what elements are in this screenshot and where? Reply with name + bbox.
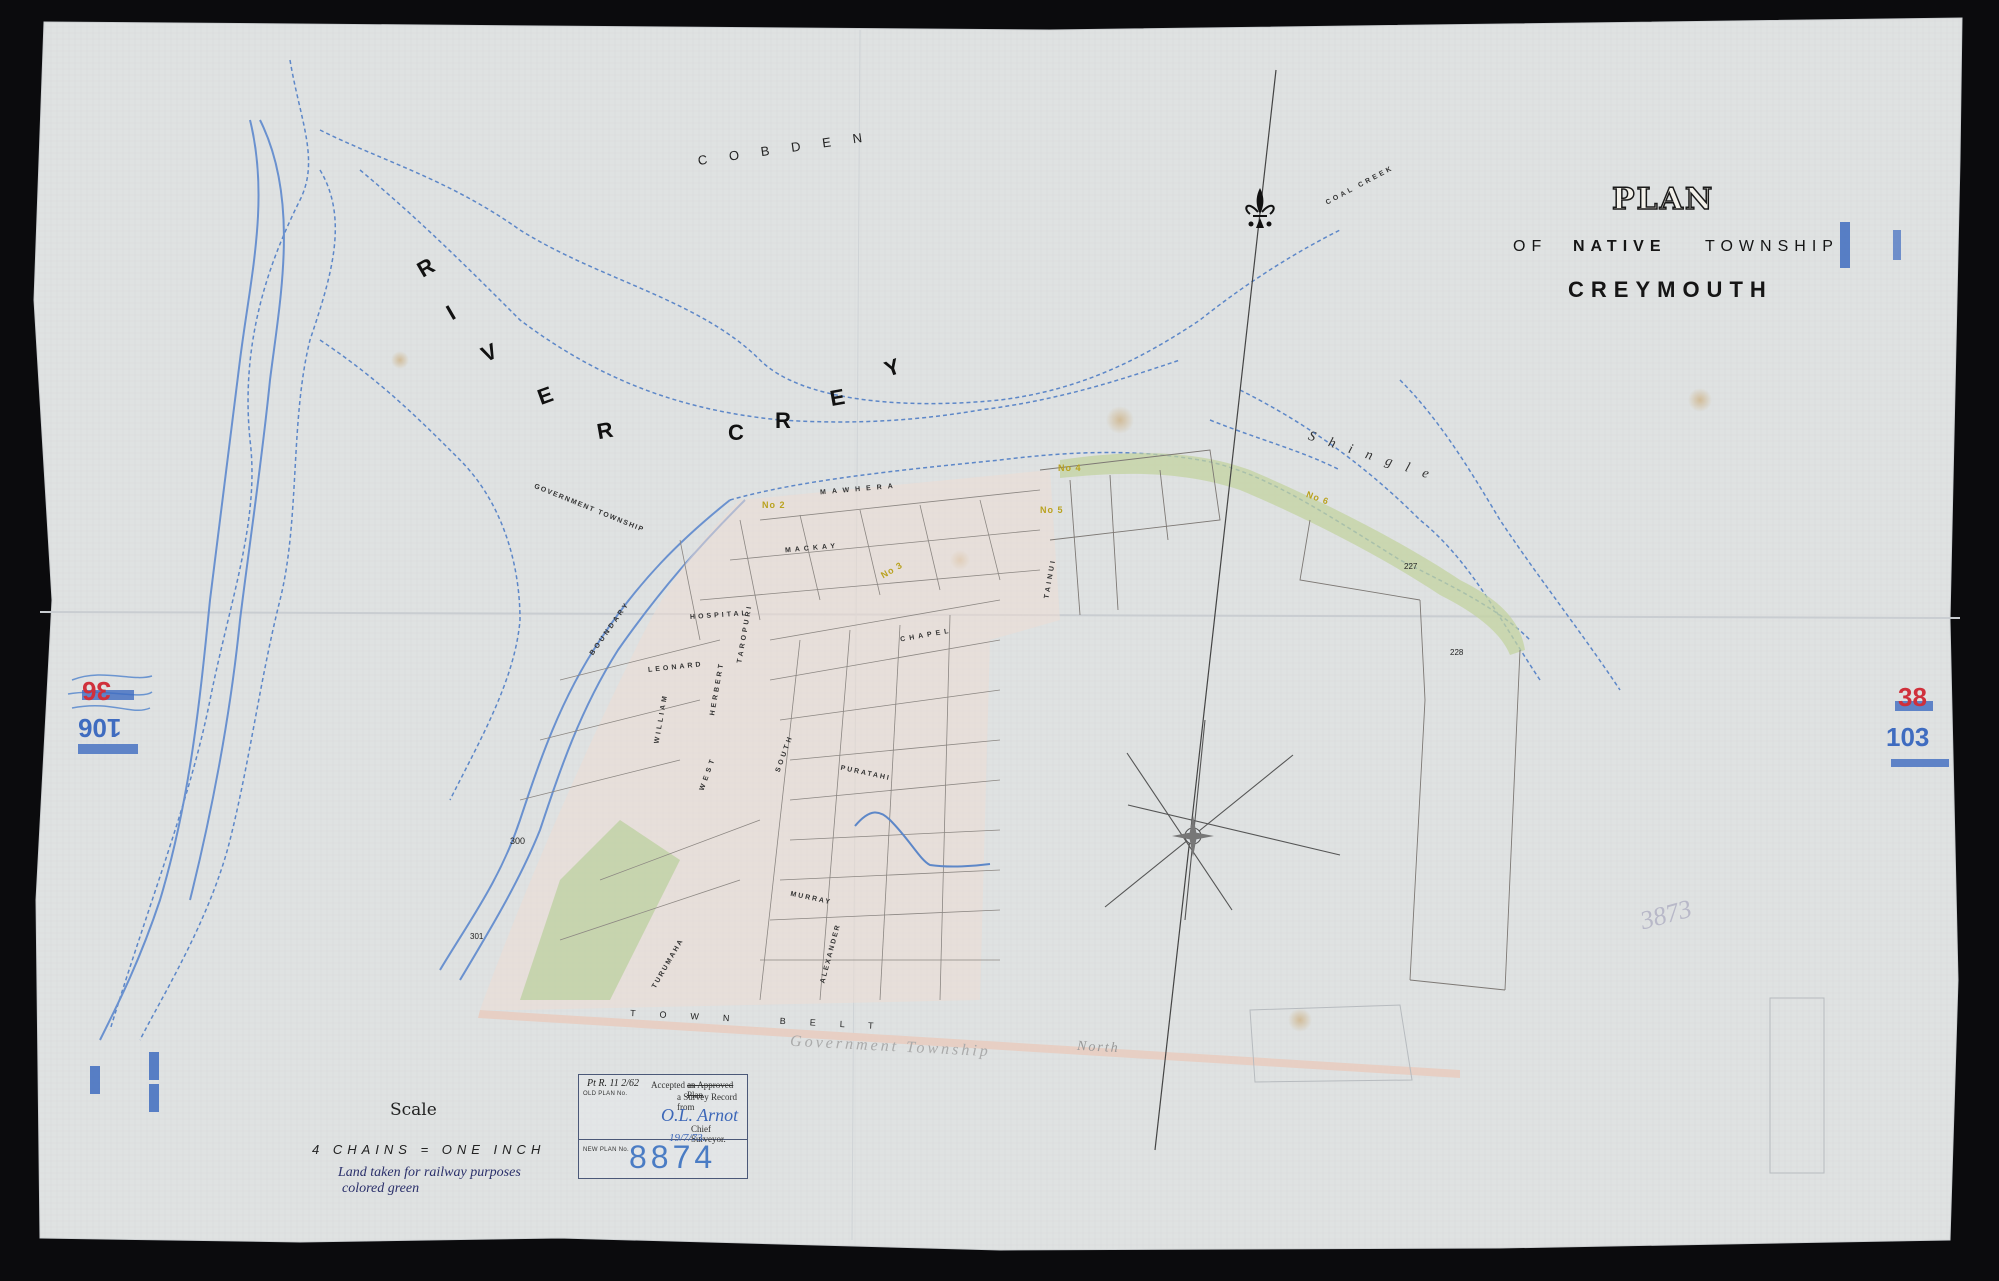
new-plan-number: 8874 (629, 1139, 716, 1176)
scale-title: Scale (390, 1100, 437, 1120)
title-township: TOWNSHIP (1705, 238, 1839, 256)
railway-section-label: No 5 (1040, 505, 1064, 515)
chief-surveyor-signature: O.L. Arnot (661, 1105, 738, 1126)
scale-ratio: 4 CHAINS = ONE INCH (312, 1142, 545, 1157)
title-plan: PLAN (1612, 182, 1714, 217)
river-letter: C (728, 420, 744, 446)
margin-number-left-blue: 106 (78, 712, 121, 743)
title-of: OF (1513, 238, 1547, 256)
margin-number-right-blue: 103 (1886, 722, 1929, 753)
old-plan-value: Pt R. 11 2/62 (587, 1078, 639, 1089)
scale-note-line2: colored green (342, 1181, 419, 1197)
margin-number-left-red: 36 (82, 675, 111, 706)
lot-301: 301 (470, 932, 483, 941)
railway-section-label: No 2 (762, 500, 786, 510)
lot-228: 228 (1450, 648, 1463, 657)
old-plan-label: OLD PLAN No. (583, 1091, 627, 1097)
survey-stamp: Pt R. 11 2/62 OLD PLAN No. Accepted as a… (578, 1074, 748, 1179)
lot-227: 227 (1404, 562, 1417, 571)
river-letter: R (775, 408, 791, 434)
new-plan-label: NEW PLAN No. (583, 1147, 629, 1153)
scale-note-line1: Land taken for railway purposes (338, 1165, 521, 1181)
lot-300: 300 (510, 836, 525, 846)
margin-number-right-red: 38 (1898, 682, 1927, 713)
title-place: CREYMOUTH (1568, 277, 1773, 303)
title-native: NATIVE (1573, 238, 1666, 256)
railway-section-label: No 4 (1058, 463, 1082, 473)
label-north: North (1077, 1039, 1120, 1057)
